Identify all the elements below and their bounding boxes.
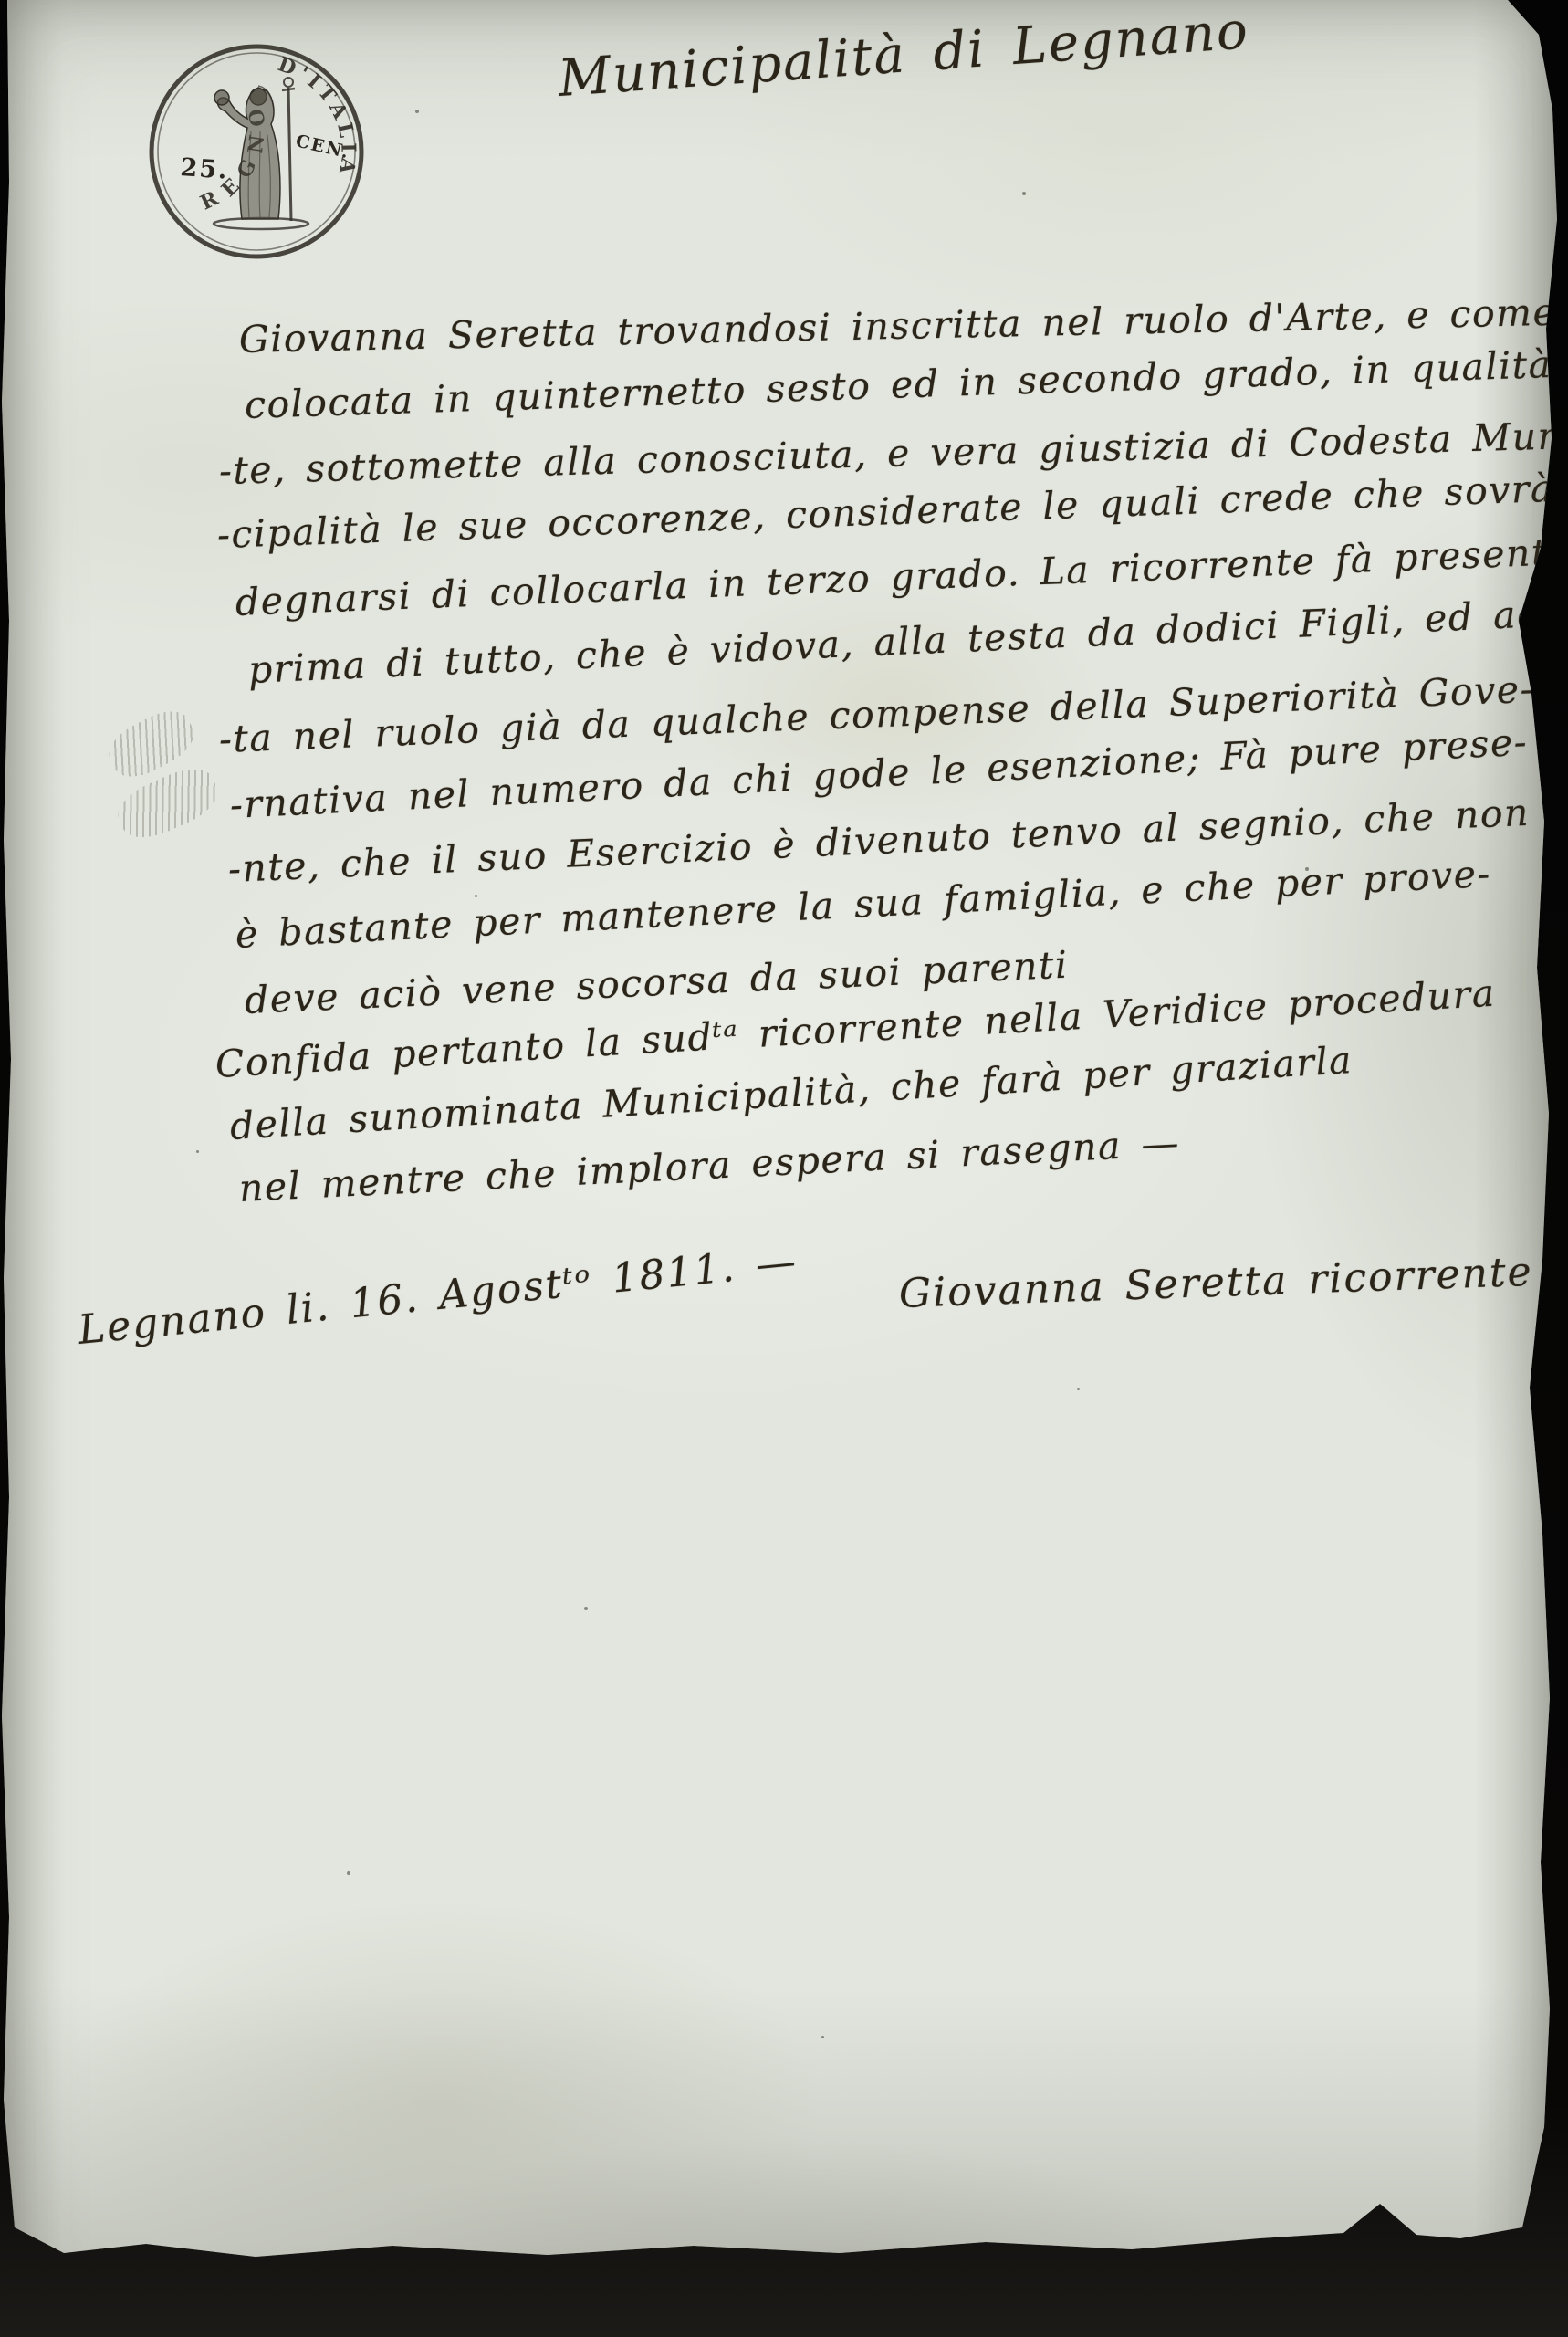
page-title: Municipalità di Legnano	[557, 1, 1251, 109]
ink-fleck	[475, 895, 477, 897]
revenue-stamp: REGNO D'ITALIA 25. CEN.	[145, 40, 368, 263]
ink-fleck	[415, 110, 419, 113]
stamp-value: 25.	[180, 153, 230, 185]
ink-fleck	[584, 1607, 588, 1610]
ink-fleck	[675, 87, 678, 89]
scanned-document-page: REGNO D'ITALIA 25. CEN. Municipalità di …	[0, 0, 1568, 2337]
ink-fleck	[1077, 1388, 1080, 1390]
ink-fleck	[1022, 192, 1026, 195]
paper-sheet: REGNO D'ITALIA 25. CEN. Municipalità di …	[0, 0, 1568, 2337]
ink-fleck	[821, 2036, 824, 2038]
allegorical-figure-icon	[214, 78, 308, 229]
dateline: Legnano li. 16. Agostᵗᵒ 1811. —	[77, 1238, 800, 1354]
ink-fleck	[196, 1150, 199, 1153]
signature: Giovanna Seretta ricorrente	[898, 1249, 1533, 1317]
ink-fleck	[1305, 867, 1309, 871]
ink-fleck	[347, 1871, 350, 1875]
